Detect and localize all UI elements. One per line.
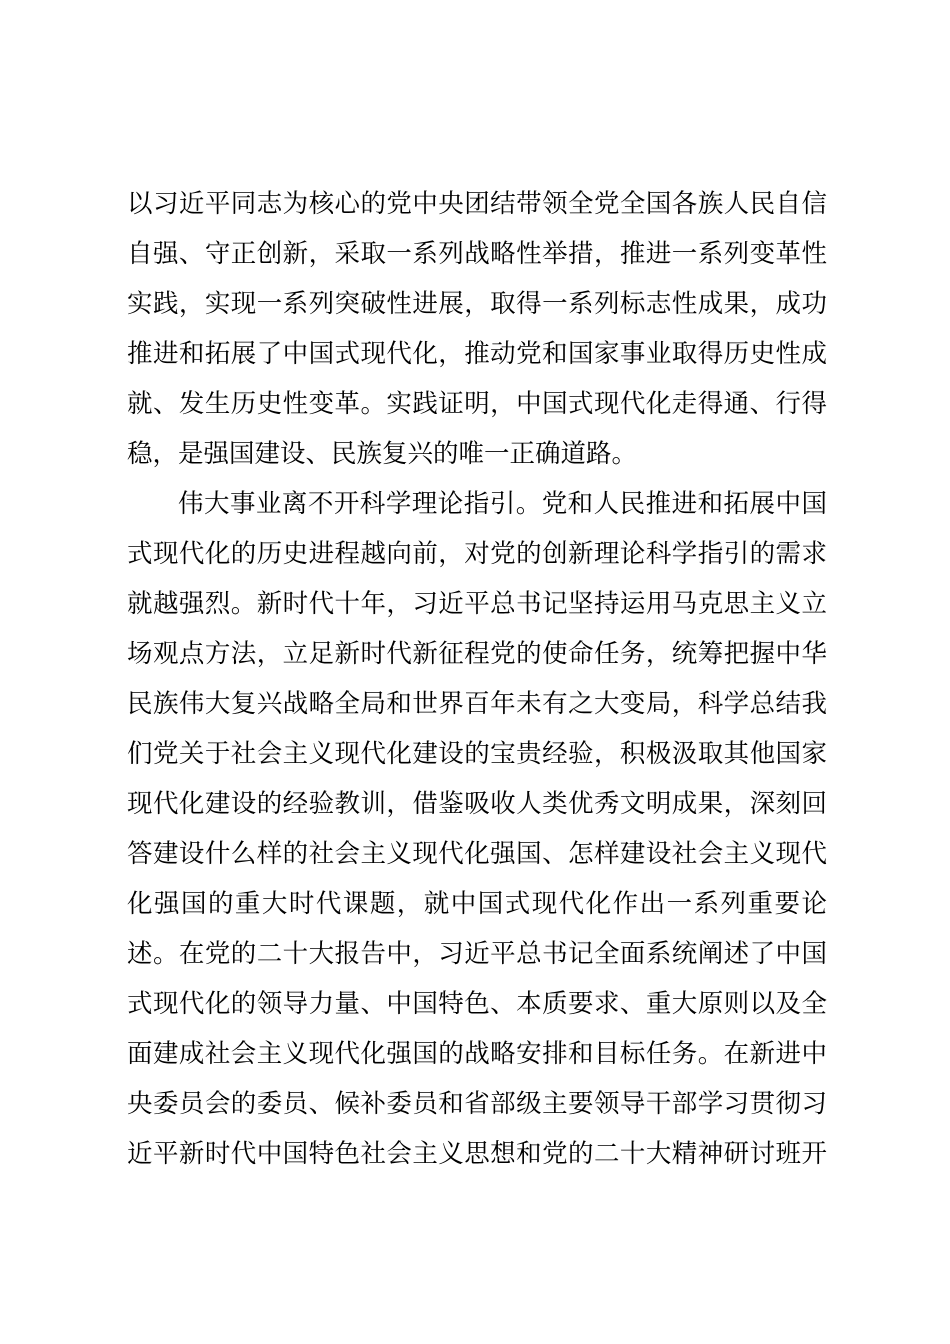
text-line: 就越强烈。新时代十年，习近平总书记坚持运用马克思主义立 [127,579,827,629]
text-line: 伟大事业离不开科学理论指引。党和人民推进和拓展中国 [127,479,827,529]
text-line: 现代化建设的经验教训，借鉴吸收人类优秀文明成果，深刻回 [127,779,827,829]
text-line: 就、发生历史性变革。实践证明，中国式现代化走得通、行得 [127,379,827,429]
text-line: 实践，实现一系列突破性进展，取得一系列标志性成果，成功 [127,279,827,329]
text-line: 面建成社会主义现代化强国的战略安排和目标任务。在新进中 [127,1029,827,1079]
text-line: 式现代化的历史进程越向前，对党的创新理论科学指引的需求 [127,529,827,579]
text-line: 推进和拓展了中国式现代化，推动党和国家事业取得历史性成 [127,329,827,379]
text-line: 述。在党的二十大报告中，习近平总书记全面系统阐述了中国 [127,929,827,979]
text-line: 以习近平同志为核心的党中央团结带领全党全国各族人民自信 [127,179,827,229]
text-line: 民族伟大复兴战略全局和世界百年未有之大变局，科学总结我 [127,679,827,729]
text-line: 近平新时代中国特色社会主义思想和党的二十大精神研讨班开 [127,1129,827,1179]
document-page: 以习近平同志为核心的党中央团结带领全党全国各族人民自信自强、守正创新，采取一系列… [0,0,950,1344]
text-line: 答建设什么样的社会主义现代化强国、怎样建设社会主义现代 [127,829,827,879]
text-line: 自强、守正创新，采取一系列战略性举措，推进一系列变革性 [127,229,827,279]
text-line: 们党关于社会主义现代化建设的宝贵经验，积极汲取其他国家 [127,729,827,779]
text-line: 场观点方法，立足新时代新征程党的使命任务，统筹把握中华 [127,629,827,679]
text-line: 化强国的重大时代课题，就中国式现代化作出一系列重要论 [127,879,827,929]
text-line: 式现代化的领导力量、中国特色、本质要求、重大原则以及全 [127,979,827,1029]
document-body-text: 以习近平同志为核心的党中央团结带领全党全国各族人民自信自强、守正创新，采取一系列… [127,179,827,1179]
text-line: 央委员会的委员、候补委员和省部级主要领导干部学习贯彻习 [127,1079,827,1129]
text-line: 稳，是强国建设、民族复兴的唯一正确道路。 [127,429,827,479]
